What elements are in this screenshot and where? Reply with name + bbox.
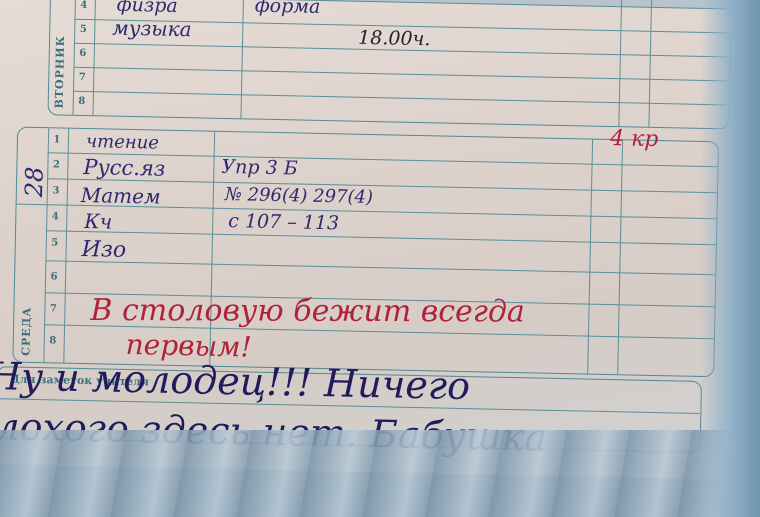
lesson-number: 2 [47,159,65,170]
wednesday-subject-4: Кч [84,209,112,234]
lesson-number: 6 [45,271,63,282]
grade-note: 4 кр [610,126,659,152]
wednesday-subject-1: чтение [86,131,159,154]
lesson-number: 4 [75,0,93,11]
wednesday-block: 1 2 3 4 5 6 7 8 СРЕДА 28 чтение Русс.яз … [12,127,719,378]
background-fabric [0,430,760,517]
lesson-number: 6 [74,48,92,59]
tuesday-block: 4 5 6 7 8 ВТОРНИК физра форма музыка 18.… [47,0,732,130]
tuesday-homework-5: 18.00ч. [358,27,431,51]
wednesday-homework-3: № 296(4) 297(4) [225,184,374,208]
tuesday-homework-4: форма [255,0,321,18]
lesson-number: 4 [46,211,64,222]
tuesday-day-label: ВТОРНИК [53,35,68,108]
wednesday-subject-5: Изо [81,237,126,263]
teacher-remark-line-1: В столовую бежит всегда [90,293,525,330]
lesson-number: 7 [73,72,91,83]
tuesday-subject-4: физра [117,0,178,17]
tuesday-subject-5: музыка [112,16,192,42]
wednesday-subject-3: Матем [81,183,161,209]
lesson-number: 3 [47,185,65,196]
lesson-number: 8 [44,335,62,346]
lesson-number: 5 [74,24,92,35]
date-number: 28 [20,166,49,197]
wednesday-homework-2: Упр 3 Б [221,156,298,180]
lesson-number: 7 [44,303,62,314]
lesson-number: 8 [73,96,91,107]
background-shade [700,0,760,517]
diary-page: 4 5 6 7 8 ВТОРНИК физра форма музыка 18.… [0,0,760,480]
wednesday-day-label: СРЕДА [19,307,33,356]
lesson-number: 1 [48,134,66,145]
lesson-number: 5 [46,237,64,248]
wednesday-homework-4: с 107 – 113 [228,210,339,234]
wednesday-subject-2: Русс.яз [83,155,165,181]
